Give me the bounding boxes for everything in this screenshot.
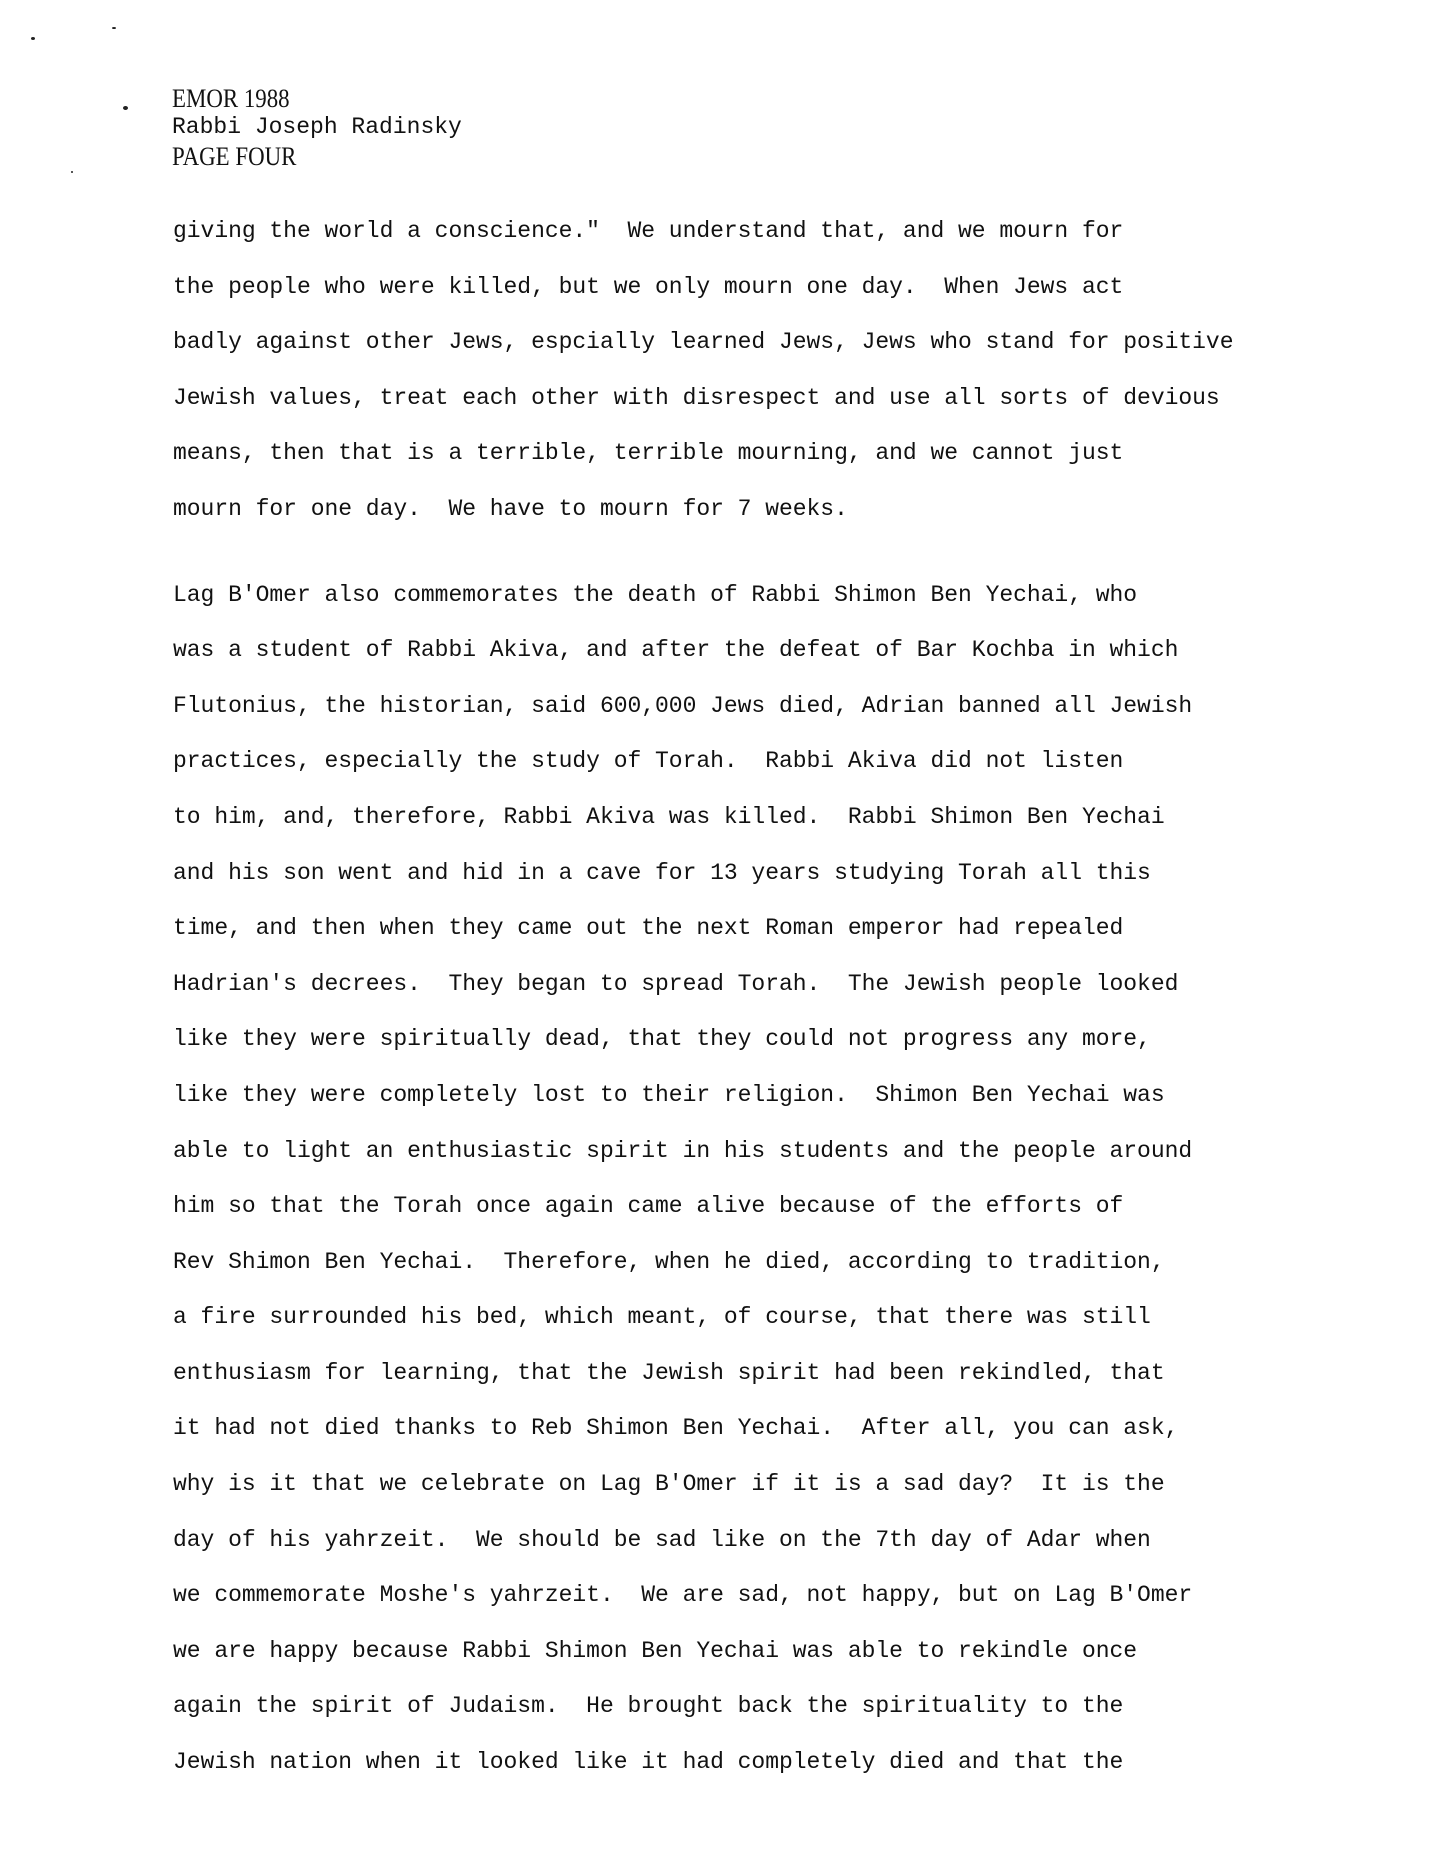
text-line: means, then that is a terrible, terrible…: [173, 426, 1323, 482]
text-line: and his son went and hid in a cave for 1…: [173, 846, 1323, 902]
text-line: why is it that we celebrate on Lag B'Ome…: [173, 1457, 1323, 1513]
text-line: time, and then when they came out the ne…: [173, 901, 1323, 957]
scan-speck: [112, 27, 116, 29]
text-line: Rev Shimon Ben Yechai. Therefore, when h…: [173, 1235, 1323, 1291]
text-line: practices, especially the study of Torah…: [173, 734, 1323, 790]
text-line: him so that the Torah once again came al…: [173, 1179, 1323, 1235]
text-line: was a student of Rabbi Akiva, and after …: [173, 623, 1323, 679]
scan-speck: [71, 171, 73, 173]
text-line: day of his yahrzeit. We should be sad li…: [173, 1513, 1323, 1569]
text-line: Lag B'Omer also commemorates the death o…: [173, 568, 1323, 624]
text-line: like they were spiritually dead, that th…: [173, 1012, 1323, 1068]
text-line: giving the world a conscience." We under…: [173, 204, 1323, 260]
scan-speck: [31, 37, 35, 40]
text-line: Jewish values, treat each other with dis…: [173, 371, 1323, 427]
text-line: Jewish nation when it looked like it had…: [173, 1735, 1323, 1791]
document-author: Rabbi Joseph Radinsky: [172, 113, 462, 142]
text-line: badly against other Jews, espcially lear…: [173, 315, 1323, 371]
text-line: we are happy because Rabbi Shimon Ben Ye…: [173, 1624, 1323, 1680]
text-line: we commemorate Moshe's yahrzeit. We are …: [173, 1568, 1323, 1624]
text-line: able to light an enthusiastic spirit in …: [173, 1124, 1323, 1180]
paragraph-1: giving the world a conscience." We under…: [173, 204, 1323, 538]
document-body: giving the world a conscience." We under…: [173, 204, 1323, 1791]
paragraph-2: Lag B'Omer also commemorates the death o…: [173, 568, 1323, 1791]
text-line: it had not died thanks to Reb Shimon Ben…: [173, 1401, 1323, 1457]
text-line: Flutonius, the historian, said 600,000 J…: [173, 679, 1323, 735]
document-header: EMOR 1988 Rabbi Joseph Radinsky PAGE FOU…: [172, 84, 462, 171]
page-label: PAGE FOUR: [172, 142, 427, 171]
text-line: Hadrian's decrees. They began to spread …: [173, 957, 1323, 1013]
text-line: the people who were killed, but we only …: [173, 260, 1323, 316]
text-line: enthusiasm for learning, that the Jewish…: [173, 1346, 1323, 1402]
text-line: a fire surrounded his bed, which meant, …: [173, 1290, 1323, 1346]
document-title: EMOR 1988: [172, 84, 427, 113]
text-line: to him, and, therefore, Rabbi Akiva was …: [173, 790, 1323, 846]
text-line: like they were completely lost to their …: [173, 1068, 1323, 1124]
text-line: mourn for one day. We have to mourn for …: [173, 482, 1323, 538]
text-line: again the spirit of Judaism. He brought …: [173, 1679, 1323, 1735]
scan-speck: [123, 106, 128, 110]
